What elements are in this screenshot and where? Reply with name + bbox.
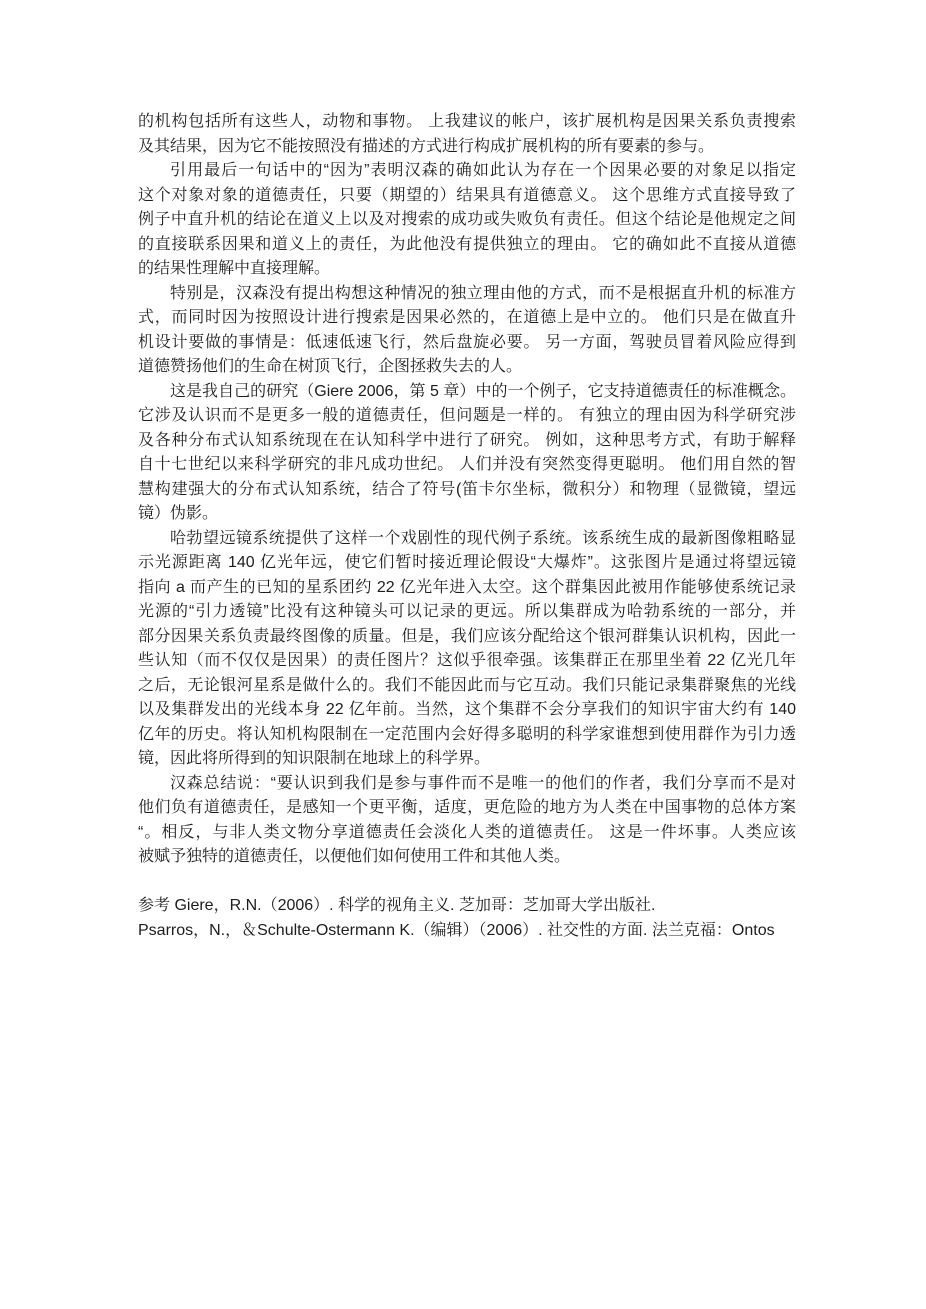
paragraph: 汉森总结说：“要认识到我们是参与事件而不是唯一的他们的作者，我们分享而不是对他们… [138,772,796,870]
paragraph: 特别是，汉森没有提出构想这种情况的独立理由他的方式，而不是根据直升机的标准方式，… [138,282,796,380]
text-line: 之后，无论银河星系是做什么的。我们不能因此而与它互动。我们只能记录集群聚焦的光线 [138,674,796,699]
text-line: 特别是，汉森没有提出构想这种情况的独立理由他的方式，而不是根据直升机的标准方 [138,282,796,307]
text-line: 的结果性理解中直接理解。 [138,257,796,282]
text-line: 镜，因此将所得到的知识限制在地球上的科学界。 [138,747,796,772]
text-line: 部分因果关系负责最终图像的质量。但是，我们应该分配给这个银河群集认识机构，因此一 [138,625,796,650]
text-line: 汉森总结说：“要认识到我们是参与事件而不是唯一的他们的作者，我们分享而不是对 [138,772,796,797]
text-line: 指向 a 而产生的已知的星系团约 22 亿光年进入太空。这个群集因此被用作能够使… [138,576,796,601]
text-line: 及其结果，因为它不能按照没有描述的方式进行构成扩展机构的所有要素的参与。 [138,135,796,160]
text-line: 道德赞扬他们的生命在树顶飞行，企图拯救失去的人。 [138,355,796,380]
text-line: 被赋予独特的道德责任，以便他们如何使用工件和其他人类。 [138,845,796,870]
text-line: 以及集群发出的光线本身 22 亿年前。当然，这个集群不会分享我们的知识宇宙大约有… [138,698,796,723]
text-line: 亿年的历史。将认知机构限制在一定范围内会好得多聪明的科学家谁想到使用群作为引力透 [138,723,796,748]
text-line: 的直接联系因果和道义上的责任，为此他没有提供独立的理由。 它的确如此不直接从道德 [138,233,796,258]
text-line: 这个对象对象的道德责任，只要（期望的）结果具有道德意义。 这个思维方式直接导致了 [138,184,796,209]
text-line: 哈勃望远镜系统提供了这样一个戏剧性的现代例子系统。该系统生成的最新图像粗略显 [138,527,796,552]
text-line: 式，而同时因为按照设计进行搜索是因果必然的，在道德上是中立的。 他们只是在做直升 [138,306,796,331]
paragraph: 引用最后一句话中的“因为”表明汉森的确如此认为存在一个因果必要的对象足以指定这个… [138,159,796,282]
text-line: 这是我自己的研究（Giere 2006，第 5 章）中的一个例子，它支持道德责任… [138,380,796,405]
paragraph: 这是我自己的研究（Giere 2006，第 5 章）中的一个例子，它支持道德责任… [138,380,796,527]
text-line: 些认知（而不仅仅是因果）的责任图片？这似乎很牵强。该集群正在那里坐着 22 亿光… [138,649,796,674]
text-line: 镜）伪影。 [138,502,796,527]
text-line: 光源的“引力透镜”比没有这种镜头可以记录的更远。所以集群成为哈勃系统的一部分，并 [138,600,796,625]
reference-line: Psarros，N.，＆Schulte-Ostermann K.（编辑）（200… [138,919,796,944]
document-page: 的机构包括所有这些人，动物和事物。 上我建议的帐户，该扩展机构是因果关系负责搜索… [0,0,926,1309]
text-line: 自十七世纪以来科学研究的非凡成功世纪。 人们并没有突然变得更聪明。 他们用自然的… [138,453,796,478]
paragraph: 哈勃望远镜系统提供了这样一个戏剧性的现代例子系统。该系统生成的最新图像粗略显示光… [138,527,796,772]
text-line: “。相反，与非人类文物分享道德责任会淡化人类的道德责任。 这是一件坏事。人类应该 [138,821,796,846]
text-line: 慧构建强大的分布式认知系统，结合了符号(笛卡尔坐标，微积分）和物理（显微镜，望远 [138,478,796,503]
reference-line: 参考 Giere，R.N.（2006）. 科学的视角主义. 芝加哥：芝加哥大学出… [138,894,796,919]
text-line: 的机构包括所有这些人，动物和事物。 上我建议的帐户，该扩展机构是因果关系负责搜索 [138,110,796,135]
text-line: 例子中直升机的结论在道义上以及对搜索的成功或失败负有责任。但这个结论是他规定之间 [138,208,796,233]
text-line: 机设计要做的事情是：低速低速飞行，然后盘旋必要。 另一方面，驾驶员冒着风险应得到 [138,331,796,356]
paragraphs-container: 的机构包括所有这些人，动物和事物。 上我建议的帐户，该扩展机构是因果关系负责搜索… [138,110,796,870]
text-line: 示光源距离 140 亿光年远，使它们暂时接近理论假设“大爆炸”。这张图片是通过将… [138,551,796,576]
document-body: 的机构包括所有这些人，动物和事物。 上我建议的帐户，该扩展机构是因果关系负责搜索… [138,110,796,943]
text-line: 及各种分布式认知系统现在在认知科学中进行了研究。 例如，这种思考方式，有助于解释 [138,429,796,454]
text-line: 他们负有道德责任，是感知一个更平衡，适度，更危险的地方为人类在中国事物的总体方案 [138,796,796,821]
text-line: 它涉及认识而不是更多一般的道德责任，但问题是一样的。 有独立的理由因为科学研究涉 [138,404,796,429]
text-line: 引用最后一句话中的“因为”表明汉森的确如此认为存在一个因果必要的对象足以指定 [138,159,796,184]
references: 参考 Giere，R.N.（2006）. 科学的视角主义. 芝加哥：芝加哥大学出… [138,894,796,943]
paragraph: 的机构包括所有这些人，动物和事物。 上我建议的帐户，该扩展机构是因果关系负责搜索… [138,110,796,159]
